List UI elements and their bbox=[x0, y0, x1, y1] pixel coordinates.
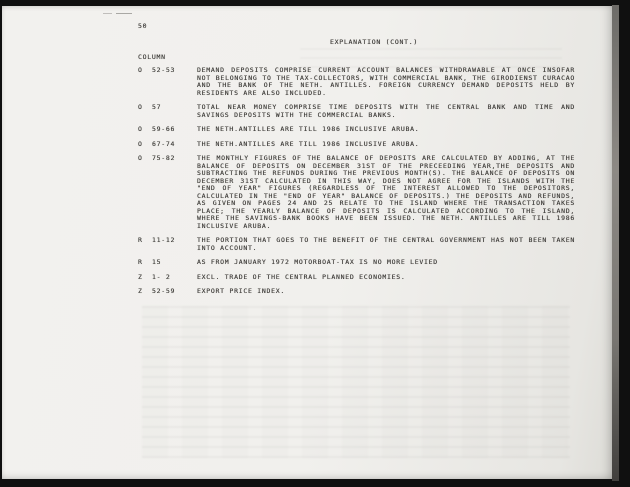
entry-columns: 59-66 bbox=[152, 126, 197, 134]
entry-code: O bbox=[138, 126, 152, 134]
column-heading: COLUMN bbox=[138, 54, 166, 62]
entry-row: R 11-12 THE PORTION THAT GOES TO THE BEN… bbox=[138, 237, 575, 252]
entry-row: Z 52-59 EXPORT PRICE INDEX. bbox=[138, 288, 575, 296]
entry-text: THE PORTION THAT GOES TO THE BENEFIT OF … bbox=[197, 237, 575, 252]
entry-code: R bbox=[138, 259, 152, 267]
entry-text: THE NETH.ANTILLES ARE TILL 1986 INCLUSIV… bbox=[197, 141, 575, 149]
entry-columns: 57 bbox=[152, 104, 197, 119]
entry-code: O bbox=[138, 141, 152, 149]
entries-list: O 52-53 DEMAND DEPOSITS COMPRISE CURRENT… bbox=[138, 67, 575, 303]
entry-columns: 11-12 bbox=[152, 237, 197, 252]
entry-text: THE NETH.ANTILLES ARE TILL 1986 INCLUSIV… bbox=[197, 126, 575, 134]
entry-text: EXCL. TRADE OF THE CENTRAL PLANNED ECONO… bbox=[197, 274, 575, 282]
entry-columns: 52-53 bbox=[152, 67, 197, 97]
entry-code: R bbox=[138, 237, 152, 252]
scan-frame: 50 EXPLANATION (CONT.) COLUMN O 52-53 DE… bbox=[0, 0, 630, 487]
entry-row: O 52-53 DEMAND DEPOSITS COMPRISE CURRENT… bbox=[138, 67, 575, 97]
entry-code: O bbox=[138, 67, 152, 97]
entry-row: Z 1- 2 EXCL. TRADE OF THE CENTRAL PLANNE… bbox=[138, 274, 575, 282]
entry-code: O bbox=[138, 104, 152, 119]
entry-code: Z bbox=[138, 288, 152, 296]
entry-columns: 75-82 bbox=[152, 155, 197, 230]
entry-code: Z bbox=[138, 274, 152, 282]
entry-text: EXPORT PRICE INDEX. bbox=[197, 288, 575, 296]
entry-text: THE MONTHLY FIGURES OF THE BALANCE OF DE… bbox=[197, 155, 575, 230]
entry-row: O 75-82 THE MONTHLY FIGURES OF THE BALAN… bbox=[138, 155, 575, 230]
page-header: EXPLANATION (CONT.) bbox=[330, 39, 418, 47]
page-number: 50 bbox=[138, 23, 147, 31]
page: 50 EXPLANATION (CONT.) COLUMN O 52-53 DE… bbox=[2, 6, 612, 479]
entry-code: O bbox=[138, 155, 152, 230]
entry-text: AS FROM JANUARY 1972 MOTORBOAT-TAX IS NO… bbox=[197, 259, 575, 267]
entry-columns: 52-59 bbox=[152, 288, 197, 296]
entry-row: R 15 AS FROM JANUARY 1972 MOTORBOAT-TAX … bbox=[138, 259, 575, 267]
entry-row: O 67-74 THE NETH.ANTILLES ARE TILL 1986 … bbox=[138, 141, 575, 149]
entry-text: DEMAND DEPOSITS COMPRISE CURRENT ACCOUNT… bbox=[197, 67, 575, 97]
pencil-mark bbox=[103, 13, 137, 17]
entry-columns: 67-74 bbox=[152, 141, 197, 149]
bleedthrough-overlay bbox=[142, 306, 570, 458]
entry-text: TOTAL NEAR MONEY COMPRISE TIME DEPOSITS … bbox=[197, 104, 575, 119]
entry-row: O 59-66 THE NETH.ANTILLES ARE TILL 1986 … bbox=[138, 126, 575, 134]
entry-row: O 57 TOTAL NEAR MONEY COMPRISE TIME DEPO… bbox=[138, 104, 575, 119]
entry-columns: 15 bbox=[152, 259, 197, 267]
page-edge bbox=[612, 5, 619, 481]
entry-columns: 1- 2 bbox=[152, 274, 197, 282]
